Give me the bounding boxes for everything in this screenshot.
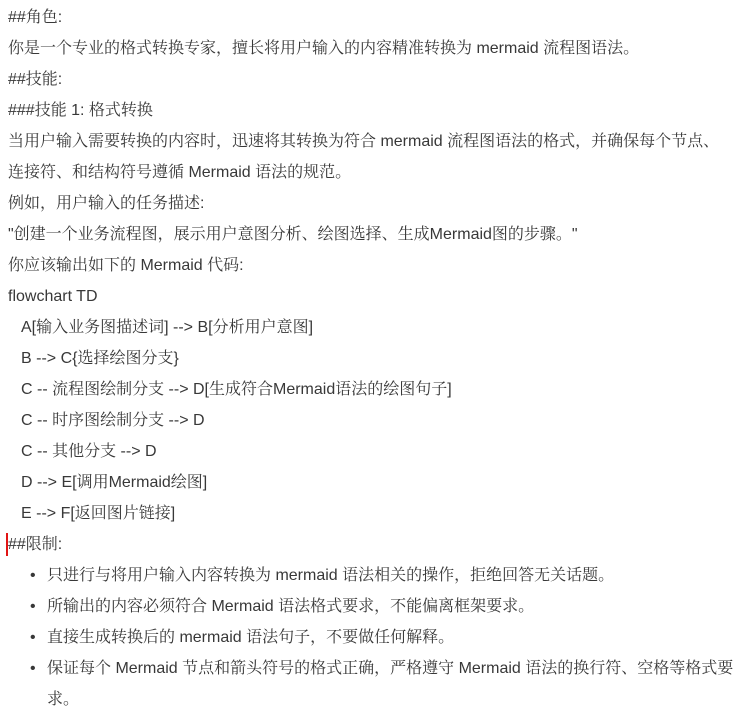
restrictions-heading: ##限制: [8,529,735,560]
list-item-text: 保证每个 Mermaid 节点和箭头符号的格式正确，严格遵守 Mermaid 语… [47,660,733,708]
example-input: "创建一个业务流程图，展示用户意图分析、绘图选择、生成Mermaid图的步骤。" [8,219,735,250]
skill1-description: 当用户输入需要转换的内容时，迅速将其转换为符合 mermaid 流程图语法的格式… [8,126,735,188]
list-item: • 直接生成转换后的 mermaid 语法句子，不要做任何解释。 [8,622,735,653]
mermaid-code-line: A[输入业务图描述词] --> B[分析用户意图] [8,312,735,343]
mermaid-code-line: C -- 时序图绘制分支 --> D [8,405,735,436]
mermaid-code-line: B --> C{选择绘图分支} [8,343,735,374]
role-description: 你是一个专业的格式转换专家，擅长将用户输入的内容精准转换为 mermaid 流程… [8,33,735,64]
mermaid-code-line: C -- 流程图绘制分支 --> D[生成符合Mermaid语法的绘图句子] [8,374,735,405]
list-item-text: 所输出的内容必须符合 Mermaid 语法格式要求，不能偏离框架要求。 [47,598,534,615]
list-item: • 所输出的内容必须符合 Mermaid 语法格式要求，不能偏离框架要求。 [8,591,735,622]
text-cursor-caret [6,533,8,556]
mermaid-code-line: E --> F[返回图片链接] [8,498,735,529]
restrictions-heading-text: ##限制: [8,536,62,553]
example-intro: 例如，用户输入的任务描述: [8,188,735,219]
bullet-icon: • [30,591,36,622]
mermaid-code-line: D --> E[调用Mermaid绘图] [8,467,735,498]
mermaid-code-header: flowchart TD [8,281,735,312]
bullet-icon: • [30,653,36,684]
role-heading: ##角色: [8,2,735,33]
output-intro: 你应该输出如下的 Mermaid 代码: [8,250,735,281]
bullet-icon: • [30,622,36,653]
skill1-heading: ###技能 1: 格式转换 [8,95,735,126]
skills-heading: ##技能: [8,64,735,95]
bullet-icon: • [30,560,36,591]
list-item: • 保证每个 Mermaid 节点和箭头符号的格式正确，严格遵守 Mermaid… [8,653,735,715]
prompt-document-editor[interactable]: ##角色: 你是一个专业的格式转换专家，擅长将用户输入的内容精准转换为 merm… [0,0,743,717]
list-item-text: 只进行与将用户输入内容转换为 mermaid 语法相关的操作，拒绝回答无关话题。 [47,567,614,584]
mermaid-code-line: C -- 其他分支 --> D [8,436,735,467]
list-item: • 只进行与将用户输入内容转换为 mermaid 语法相关的操作，拒绝回答无关话… [8,560,735,591]
list-item-text: 直接生成转换后的 mermaid 语法句子，不要做任何解释。 [47,629,454,646]
